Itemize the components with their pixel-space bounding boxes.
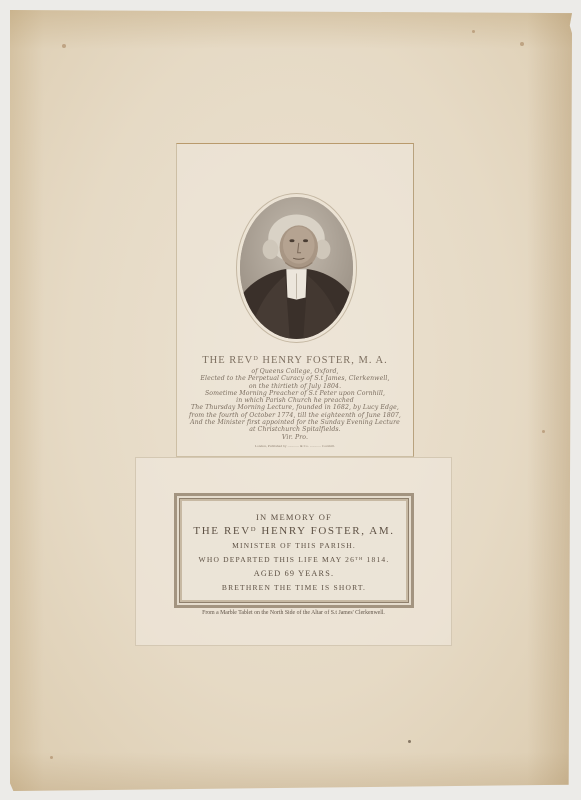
tablet-name: THE REVᴰ HENRY FOSTER, AM.: [182, 525, 406, 537]
foxing-spot: [542, 430, 545, 433]
inscription-line: And the Minister first appointed for the…: [183, 419, 407, 426]
tablet-line: WHO DEPARTED THIS LIFE MAY 26ᵀᴴ 1814.: [182, 555, 406, 564]
tablet-line: IN MEMORY OF: [182, 512, 406, 522]
portrait-frame: [236, 193, 357, 343]
memorial-plate: IN MEMORY OF THE REVᴰ HENRY FOSTER, AM. …: [135, 457, 452, 646]
portrait-plate: THE REVᴰ HENRY FOSTER, M. A. of Queens C…: [176, 143, 414, 457]
inscription-line: of Queens College, Oxford,: [183, 368, 407, 375]
inscription-line: from the fourth of October 1774, till th…: [183, 412, 407, 419]
tablet-caption: From a Marble Tablet on the North Side o…: [136, 610, 451, 616]
inscription: of Queens College, Oxford, Elected to th…: [183, 368, 407, 441]
foxing-spot: [408, 740, 411, 743]
inscription-line: in which Parish Church he preached: [183, 397, 407, 404]
portrait-oval-icon: [240, 197, 353, 339]
clergyman-portrait-icon: [240, 197, 353, 339]
memorial-tablet: IN MEMORY OF THE REVᴰ HENRY FOSTER, AM. …: [180, 499, 408, 602]
tablet-line: AGED 69 YEARS.: [182, 569, 406, 578]
foxing-spot: [62, 44, 66, 48]
paper-sheet: THE REVᴰ HENRY FOSTER, M. A. of Queens C…: [10, 10, 572, 791]
memorial-tablet-frame: IN MEMORY OF THE REVᴰ HENRY FOSTER, AM. …: [174, 493, 414, 608]
inscription-line: Elected to the Perpetual Curacy of S.t J…: [183, 375, 407, 382]
inscription-line: Sometime Morning Preacher of S.t Peter u…: [183, 390, 407, 397]
inscription-line: on the thirtieth of July 1804.: [183, 383, 407, 390]
publisher-imprint: London, Published by ............ & Co. …: [177, 444, 413, 448]
foxing-spot: [50, 756, 53, 759]
foxing-spot: [472, 30, 475, 33]
tablet-line: BRETHREN THE TIME IS SHORT.: [182, 583, 406, 592]
foxing-spot: [520, 42, 524, 46]
tablet-line: MINISTER OF THIS PARISH.: [182, 541, 406, 550]
inscription-line: The Thursday Morning Lecture, founded in…: [183, 404, 407, 411]
sitter-title: THE REVᴰ HENRY FOSTER, M. A.: [177, 355, 413, 366]
inscription-line: at Christchurch Spitalfields.: [183, 426, 407, 433]
inscription-line: Vir. Pro.: [183, 434, 407, 441]
